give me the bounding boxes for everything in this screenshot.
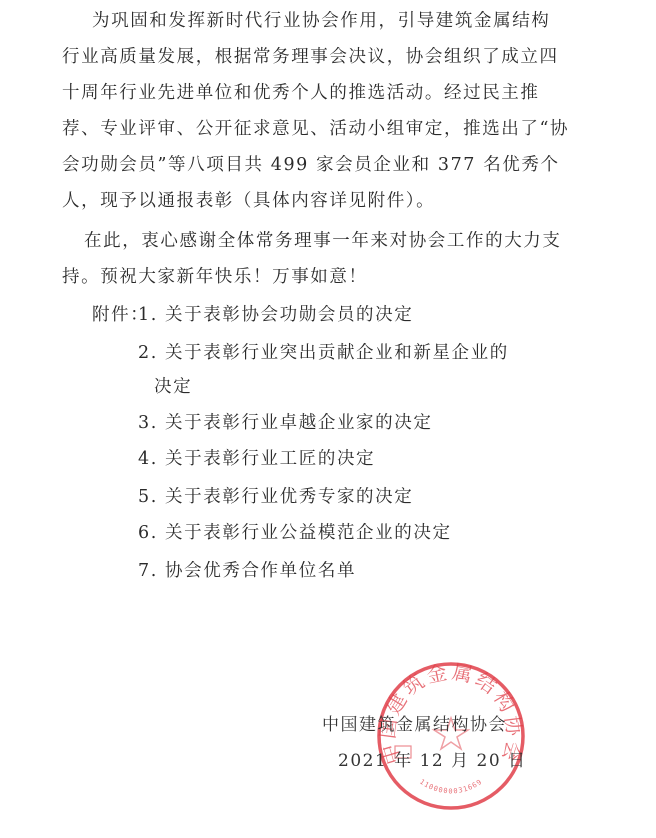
paragraph1-line-5: 会功勋会员”等八项目共 499 家会员企业和 377 名优秀个 <box>62 154 560 176</box>
attachment-item-5: 5. 关于表彰行业优秀专家的决定 <box>138 486 413 508</box>
paragraph1-line-3: 十周年行业先进单位和优秀个人的推选活动。经过民主推 <box>62 82 540 104</box>
paragraph2-line-2: 持。预祝大家新年快乐！万事如意！ <box>62 266 368 288</box>
paragraph1-line-4: 荐、专业评审、公开征求意见、活动小组审定，推选出了“协 <box>62 118 569 140</box>
paragraph1-line-6: 人，现予以通报表彰（具体内容详见附件）。 <box>62 190 435 212</box>
attachment-item-6: 6. 关于表彰行业公益模范企业的决定 <box>138 522 452 544</box>
attachment-item-2: 2. 关于表彰行业突出贡献企业和新星企业的 <box>138 342 509 364</box>
attachment-item-7: 7. 协会优秀合作单位名单 <box>138 560 356 582</box>
signature-date: 2021 年 12 月 20 日 <box>338 746 527 771</box>
svg-text:1100000031669: 1100000031669 <box>418 778 484 796</box>
paragraph2-line-1: 在此，衷心感谢全体常务理事一年来对协会工作的大力支 <box>84 230 562 252</box>
official-seal-icon: 中国建筑金属结构协会 1100000031669 <box>375 660 527 812</box>
paragraph1-line-1: 为巩固和发挥新时代行业协会作用，引导建筑金属结构 <box>92 10 550 32</box>
attachment-item-3: 3. 关于表彰行业卓越企业家的决定 <box>138 412 432 434</box>
signature-organization: 中国建筑金属结构协会 <box>322 710 507 735</box>
attachment-item-1: 1. 关于表彰协会功勋会员的决定 <box>138 304 413 326</box>
attachment-item-4: 4. 关于表彰行业工匠的决定 <box>138 448 375 470</box>
attachment-item-2-cont: 决定 <box>154 376 192 398</box>
paragraph1-line-2: 行业高质量发展，根据常务理事会决议，协会组织了成立四 <box>62 46 559 68</box>
